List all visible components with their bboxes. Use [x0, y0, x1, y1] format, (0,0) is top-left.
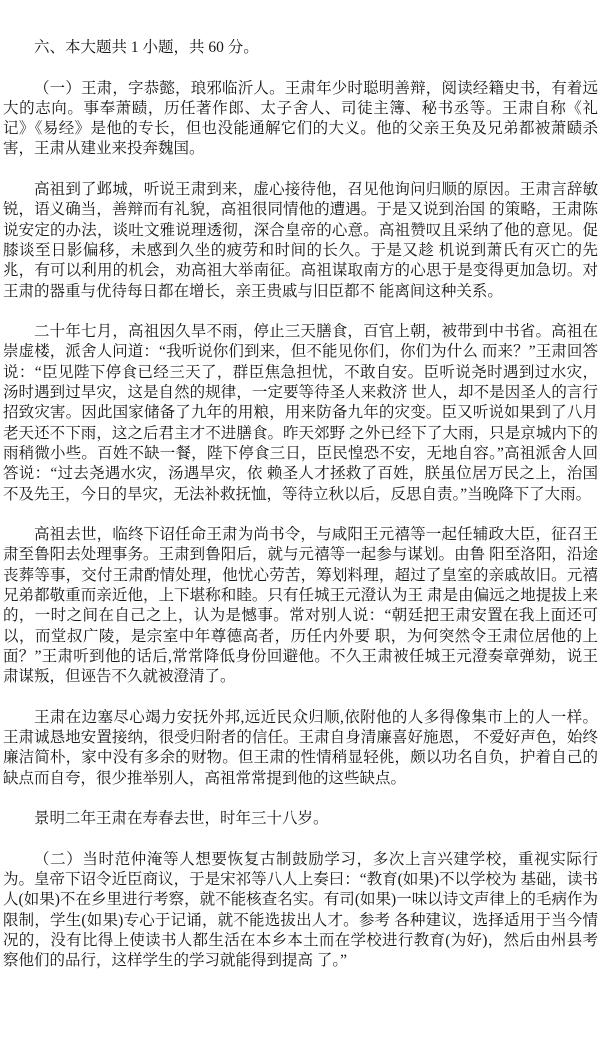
paragraph-frontier-character: 王肃在边塞尽心竭力安抚外邦,远近民众归顺,依附他的人多得像集市上的人一样。王肃诚…	[3, 708, 598, 789]
paragraph-passage2-schools: （二）当时范仲淹等人想要恢复古制鼓励学习，多次上言兴建学校，重视实际行为。皇帝下…	[3, 850, 598, 972]
paragraph-death-note: 景明二年王肃在寿春去世，时年三十八岁。	[3, 809, 598, 829]
section-heading: 六、本大题共 1 小题，共 60 分。	[3, 38, 598, 58]
paragraph-drought-dialogue: 二十年七月，高祖因久旱不雨，停止三天膳食，百官上朝，被带到中书省。高祖在崇虚楼，…	[3, 322, 598, 505]
paragraph-regency-affairs: 高祖去世，临终下诏任命王肃为尚书令，与咸阳王元禧等一起任辅政大臣，征召王肃至鲁阳…	[3, 525, 598, 687]
document-page: 六、本大题共 1 小题，共 60 分。 （一）王肃，字恭懿，琅邪临沂人。王肃年少…	[0, 0, 602, 1042]
paragraph-passage1-intro: （一）王肃，字恭懿，琅邪临沂人。王肃年少时聪明善辩，阅读经籍史书，有着远大的志向…	[3, 79, 598, 160]
paragraph-gaozu-reception: 高祖到了邺城，听说王肃到来，虚心接待他，召见他询问归顺的原因。王肃言辞敏锐，语义…	[3, 180, 598, 302]
